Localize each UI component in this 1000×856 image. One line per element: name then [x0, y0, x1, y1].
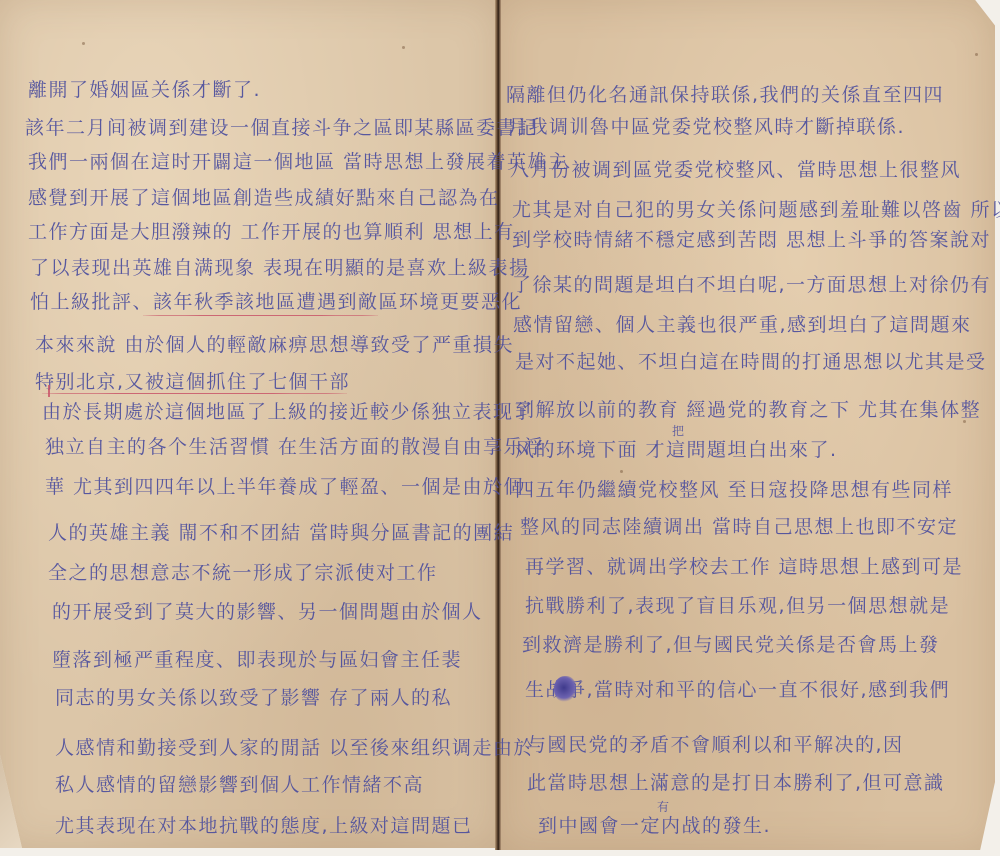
handwritten-line: 全之的思想意志不統一形成了宗派使对工作: [48, 561, 438, 585]
handwritten-line: 到解放以前的教育 經過党的教育之下 尤其在集体整: [515, 398, 981, 422]
handwritten-line: 四五年仍繼續党校整风 至日寇投降思想有些同样: [515, 478, 953, 502]
handwritten-line: 了徐某的問題是坦白不坦白呢,一方面思想上对徐仍有: [512, 273, 991, 297]
handwritten-line: 的开展受到了莫大的影響、另一個問題由於個人: [52, 600, 483, 624]
handwritten-line: 隔離但仍化名通訊保持联係,我們的关係直至四四: [506, 83, 944, 107]
red-underline: [143, 315, 378, 316]
handwritten-line: 由於長期處於這個地區了上級的接近較少係独立表现了: [42, 400, 534, 424]
handwritten-line: 抗戰勝利了,表现了盲目乐观,但另一個思想就是: [525, 594, 950, 618]
handwritten-line: 月我调训魯中區党委党校整风時才斷掉联係.: [508, 115, 905, 139]
handwritten-line: 整风的同志陸續调出 當時自己思想上也即不安定: [520, 515, 958, 539]
handwritten-line: 八月份被调到區党委党校整风、當時思想上很整风: [510, 158, 961, 182]
inserted-character: 有: [657, 800, 669, 814]
handwritten-line: 了以表现出英雄自满现象 表現在明顯的是喜欢上級表揚: [30, 256, 530, 280]
handwritten-line: 与國民党的矛盾不會順利以和平解决的,因: [527, 733, 904, 757]
handwritten-line: 尤其表现在对本地抗戰的態度,上級对這問題已: [55, 814, 473, 838]
red-underline: [42, 393, 347, 394]
handwritten-line: 特别北京,又被這個抓住了七個干部: [35, 370, 350, 394]
handwritten-line: 再学習、就调出学校去工作 這時思想上感到可是: [525, 555, 963, 579]
handwritten-line: 華 尤其到四四年以上半年養成了輕盈、一個是由於個: [45, 475, 524, 499]
handwritten-line: 此當時思想上滿意的是打日本勝利了,但可意識: [527, 771, 945, 795]
paper-speck: [402, 46, 405, 49]
handwritten-line: 該年二月间被调到建设一個直接斗争之區即某縣區委書記: [25, 116, 538, 140]
red-margin-mark: [48, 385, 50, 397]
handwritten-line: 风的环境下面 才這問題坦白出來了.: [515, 438, 838, 462]
handwritten-line: 人感情和勤接受到人家的閒話 以至後來组织调走由於: [55, 736, 534, 760]
handwritten-line: 我們一兩個在這时开闢這一個地區 當時思想上發展着英雄主: [28, 150, 569, 174]
handwritten-line: 怕上級批評、該年秋季該地區遭遇到敵區环境更要恶化: [30, 290, 522, 314]
handwritten-line: 生战爭,當時对和平的信心一直不很好,感到我們: [525, 678, 950, 702]
handwritten-line: 私人感情的留戀影響到個人工作情緒不高: [55, 773, 424, 797]
handwritten-line: 到中國會一定内战的發生.: [538, 814, 771, 838]
handwritten-line: 到救濟是勝利了,但与國民党关係是否會馬上發: [522, 633, 940, 657]
handwritten-line: 工作方面是大胆潑辣的 工作开展的也算順利 思想上有: [28, 220, 515, 244]
handwritten-line: 本來來說 由於個人的輕敵麻痹思想導致受了严重損失: [35, 333, 514, 357]
handwritten-line: 墮落到極严重程度、即表现於与區妇會主任裴: [52, 648, 462, 672]
handwritten-line: 到学校時情緒不穩定感到苦悶 思想上斗爭的答案說对: [512, 228, 991, 252]
handwritten-line: 感覺到开展了這個地區創造些成績好點來自己認為在: [28, 186, 500, 210]
paper-speck: [620, 470, 623, 473]
paper-speck: [975, 53, 978, 56]
handwritten-line: 独立自主的各个生活習慣 在生活方面的散漫自由享乐浮: [45, 435, 545, 459]
handwritten-line: 離開了婚姻區关係才斷了.: [28, 78, 261, 102]
handwritten-line: 是对不起她、不坦白這在時間的打通思想以尤其是受: [515, 350, 987, 374]
handwritten-line: 感情留戀、個人主義也很严重,感到坦白了這問題來: [513, 313, 972, 337]
inserted-character: 把: [672, 424, 684, 438]
paper-speck: [82, 42, 85, 45]
handwritten-line: 人的英雄主義 閙不和不团結 當時與分區書記的團結: [48, 521, 514, 545]
handwritten-line: 同志的男女关係以致受了影響 存了兩人的私: [55, 686, 452, 710]
handwritten-line: 尤其是对自己犯的男女关係问题感到羞耻難以啓齒 所以剛: [512, 198, 1000, 222]
